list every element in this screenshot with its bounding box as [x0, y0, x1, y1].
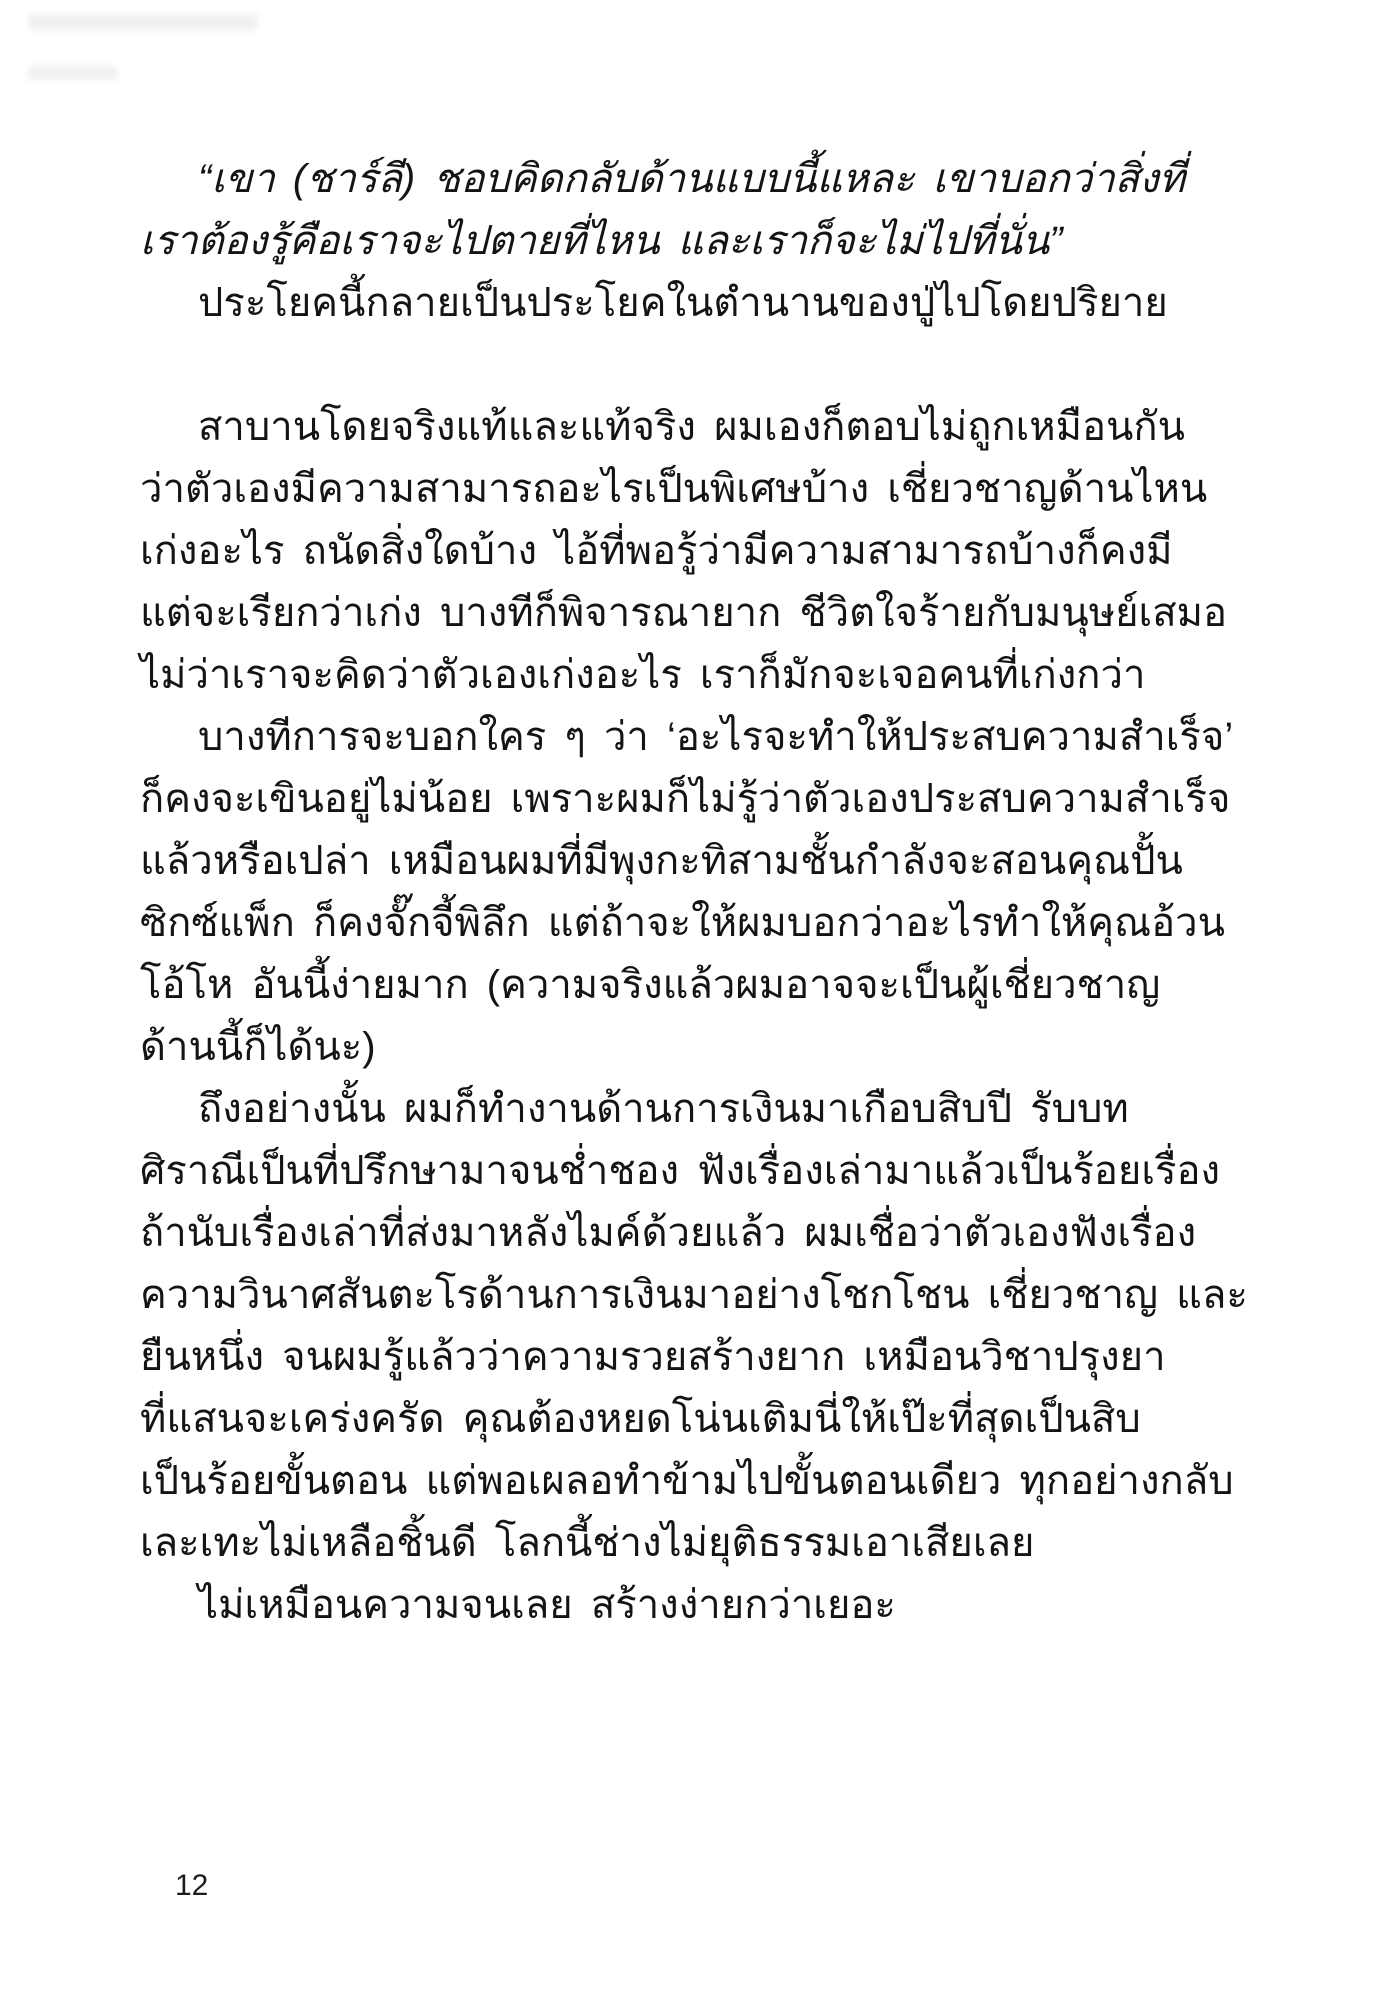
paragraph-line: โอ้โห อันนี้ง่ายมาก (ความจริงแล้วผมอาจจะ…: [140, 954, 1268, 1016]
paragraph-line: เก่งอะไร ถนัดสิ่งใดบ้าง ไอ้ที่พอรู้ว่ามี…: [140, 520, 1268, 582]
paragraph-line: เป็นร้อยขั้นตอน แต่พอเผลอทำข้ามไปขั้นตอน…: [140, 1450, 1268, 1512]
quote-paragraph: “เขา (ชาร์ลี) ชอบคิดกลับด้านแบบนี้แหละ เ…: [140, 148, 1268, 272]
paragraph-line: ด้านนี้ก็ได้นะ): [140, 1016, 1268, 1078]
paragraph-line: ว่าตัวเองมีความสามารถอะไรเป็นพิเศษบ้าง เ…: [140, 458, 1268, 520]
paragraph-line: ถ้านับเรื่องเล่าที่ส่งมาหลังไมค์ด้วยแล้ว…: [140, 1202, 1268, 1264]
paragraph-line: ไม่เหมือนความจนเลย สร้างง่ายกว่าเยอะ: [140, 1574, 1268, 1636]
paragraph: บางทีการจะบอกใคร ๆ ว่า ‘อะไรจะทำให้ประสบ…: [140, 706, 1268, 1078]
paragraph: ไม่เหมือนความจนเลย สร้างง่ายกว่าเยอะ: [140, 1574, 1268, 1636]
paragraph: สาบานโดยจริงแท้และแท้จริง ผมเองก็ตอบไม่ถ…: [140, 396, 1268, 706]
paragraph-line: สาบานโดยจริงแท้และแท้จริง ผมเองก็ตอบไม่ถ…: [140, 396, 1268, 458]
paragraph: ถึงอย่างนั้น ผมก็ทำงานด้านการเงินมาเกือบ…: [140, 1078, 1268, 1574]
quote-line: เราต้องรู้คือเราจะไปตายที่ไหน และเราก็จะ…: [140, 210, 1268, 272]
text-block: “เขา (ชาร์ลี) ชอบคิดกลับด้านแบบนี้แหละ เ…: [140, 148, 1268, 1636]
paragraph-line: บางทีการจะบอกใคร ๆ ว่า ‘อะไรจะทำให้ประสบ…: [140, 706, 1268, 768]
paragraph-line: ก็คงจะเขินอยู่ไม่น้อย เพราะผมก็ไม่รู้ว่า…: [140, 768, 1268, 830]
paragraph: ประโยคนี้กลายเป็นประโยคในตำนานของปู่ไปโด…: [140, 272, 1268, 334]
scan-artifact: [28, 14, 258, 30]
paragraph-line: ประโยคนี้กลายเป็นประโยคในตำนานของปู่ไปโด…: [140, 272, 1268, 334]
paragraph-line: ที่แสนจะเคร่งครัด คุณต้องหยดโน่นเติมนี่ใ…: [140, 1388, 1268, 1450]
paragraph-line: แต่จะเรียกว่าเก่ง บางทีก็พิจารณายาก ชีวิ…: [140, 582, 1268, 644]
paragraph-line: ซิกซ์แพ็ก ก็คงจั๊กจี้พิลึก แต่ถ้าจะให้ผม…: [140, 892, 1268, 954]
quote-line: “เขา (ชาร์ลี) ชอบคิดกลับด้านแบบนี้แหละ เ…: [140, 148, 1268, 210]
paragraph-line: ศิราณีเป็นที่ปรึกษามาจนช่ำชอง ฟังเรื่องเ…: [140, 1140, 1268, 1202]
book-page: “เขา (ชาร์ลี) ชอบคิดกลับด้านแบบนี้แหละ เ…: [0, 0, 1400, 2016]
paragraph-line: ยืนหนึ่ง จนผมรู้แล้วว่าความรวยสร้างยาก เ…: [140, 1326, 1268, 1388]
paragraph-line: ความวินาศสันตะโรด้านการเงินมาอย่างโชกโชน…: [140, 1264, 1268, 1326]
scan-artifact: [28, 66, 118, 80]
page-number: 12: [175, 1868, 208, 1904]
paragraph-line: ไม่ว่าเราจะคิดว่าตัวเองเก่งอะไร เราก็มัก…: [140, 644, 1268, 706]
paragraph-line: ถึงอย่างนั้น ผมก็ทำงานด้านการเงินมาเกือบ…: [140, 1078, 1268, 1140]
paragraph-line: เละเทะไม่เหลือชิ้นดี โลกนี้ช่างไม่ยุติธร…: [140, 1512, 1268, 1574]
paragraph-line: แล้วหรือเปล่า เหมือนผมที่มีพุงกะทิสามชั้…: [140, 830, 1268, 892]
